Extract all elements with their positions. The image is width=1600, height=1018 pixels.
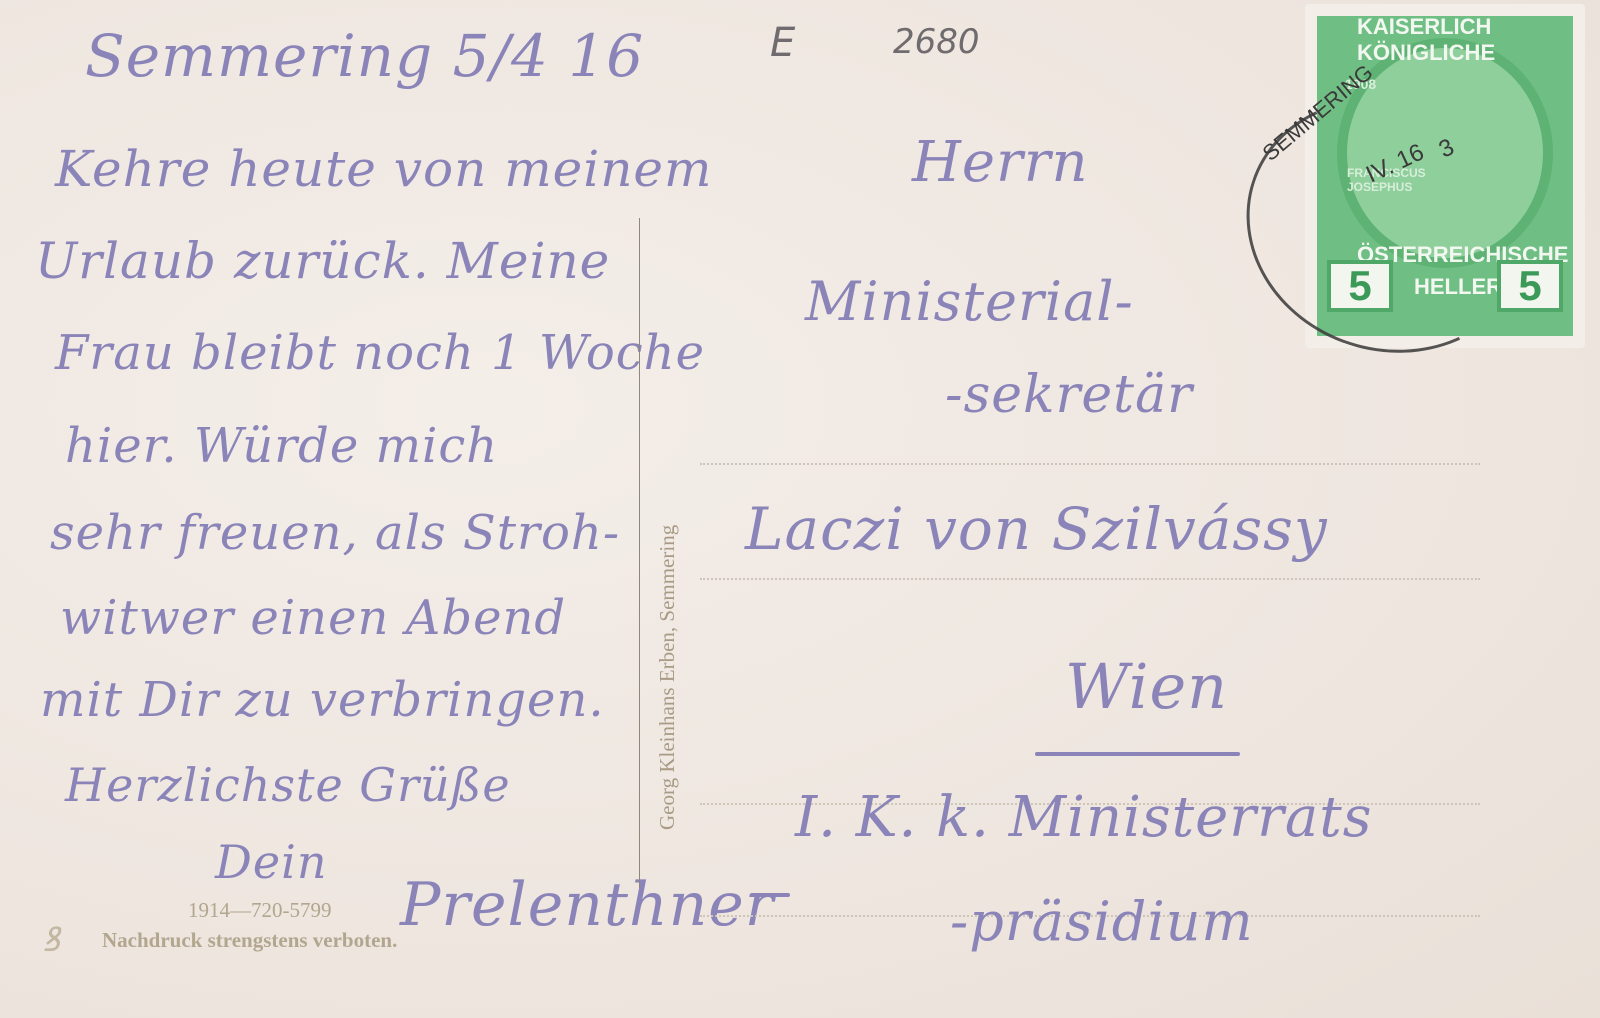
message-line: mit Dir zu verbringen. xyxy=(40,672,605,728)
message-signature: Prelenthner xyxy=(400,870,775,940)
message-line: Kehre heute von meinem xyxy=(55,140,712,198)
publisher-logo-icon: ꝸ xyxy=(30,918,72,964)
message-line: Urlaub zurück. Meine xyxy=(35,232,610,290)
dash-mark xyxy=(750,893,790,897)
stamp-top-legend: KAISERLICH KÖNIGLICHE xyxy=(1357,14,1573,66)
address-rule xyxy=(700,578,1480,580)
message-line: hier. Würde mich xyxy=(65,418,498,474)
archive-number: 2680 xyxy=(893,22,980,62)
imprint-notice: Nachdruck strengstens verboten. xyxy=(102,928,397,953)
address-name: Laczi von Szilvássy xyxy=(745,495,1328,563)
city-underline xyxy=(1035,752,1240,756)
archive-letter: E xyxy=(770,20,795,66)
address-salutation: Herrn xyxy=(912,130,1089,195)
message-line: sehr freuen, als Stroh- xyxy=(50,505,620,561)
message-place-date: Semmering 5/4 16 xyxy=(85,22,644,90)
address-city: Wien xyxy=(1065,650,1228,723)
center-divider xyxy=(639,218,640,888)
postcard-back: E 2680 Semmering 5/4 16 Kehre heute von … xyxy=(0,0,1600,1018)
address-office-line2: -präsidium xyxy=(950,890,1254,953)
message-line: Herzlichste Grüße xyxy=(65,758,511,812)
address-office-line1: I. K. k. Ministerrats xyxy=(795,785,1372,850)
message-line: Frau bleibt noch 1 Woche xyxy=(55,325,705,381)
message-line: witwer einen Abend xyxy=(60,590,566,646)
publisher-credit: Georg Kleinhans Erben, Semmering xyxy=(655,525,680,830)
address-rule xyxy=(700,463,1480,465)
address-title-line2: -sekretär xyxy=(945,365,1193,425)
address-title-line1: Ministerial- xyxy=(805,270,1134,333)
imprint-code: 1914—720-5799 xyxy=(188,898,332,923)
message-closing: Dein xyxy=(215,835,327,889)
